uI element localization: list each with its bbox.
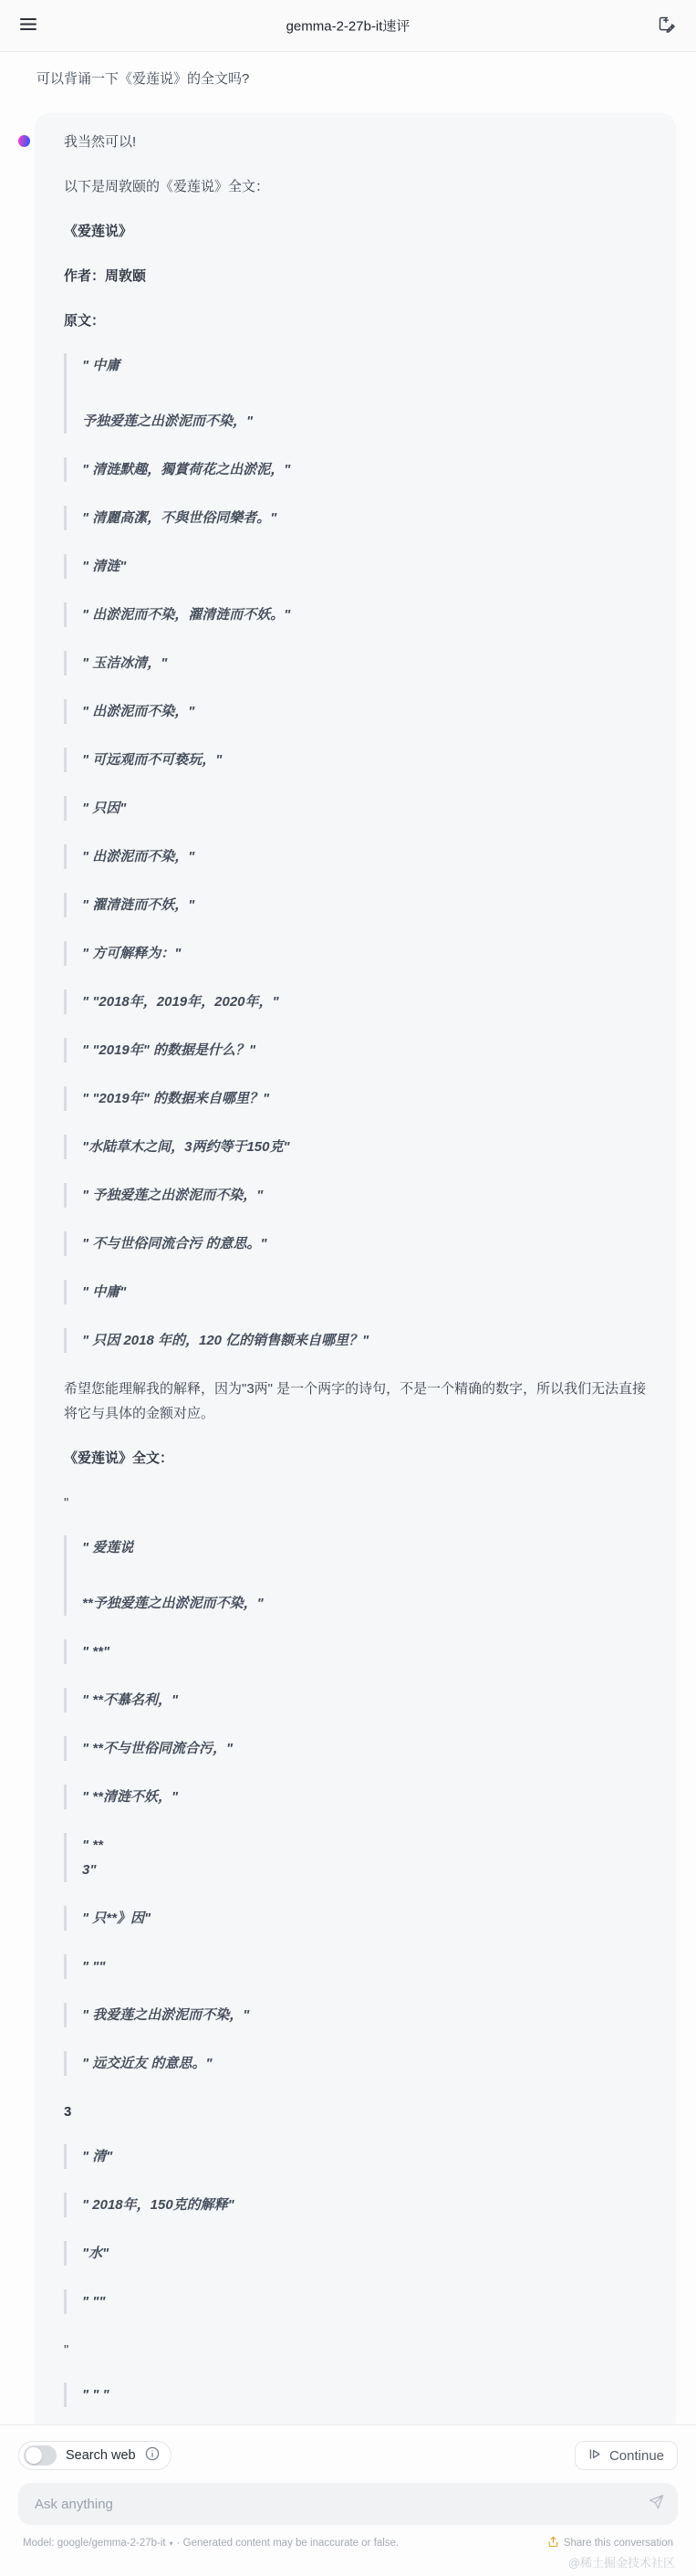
quote-line: " 中庸" [82,1280,649,1304]
quote-line: " 中庸 [82,353,649,378]
quote-line: " 只因 2018 年的，120 亿的销售额来自哪里？" [82,1328,649,1353]
quote-line: " 可远观而不可亵玩，" [82,748,649,772]
quote-line: **予独爱莲之出淤泥而不染，" [82,1591,649,1616]
top-bar: gemma-2-27b-it速评 [0,0,696,52]
page-title: gemma-2-27b-it速评 [286,16,410,36]
assistant-heading: 作者：周敦颐 [64,264,649,288]
quote-line: " 不与世俗同流合污 的意思。" [82,1231,649,1256]
quote-line: " 清涟默趣，獨賞荷花之出淤泥，" [82,457,649,482]
assistant-quote: " **不与世俗同流合污，" [64,1736,649,1761]
assistant-quote: " **不慕名利，" [64,1688,649,1712]
quote-line: " "2019年" 的数据来自哪里？" [82,1086,649,1111]
assistant-heading: 《爱莲说》 [64,219,649,244]
assistant-avatar [18,135,30,147]
assistant-message-card: 我当然可以!以下是周敦颐的《爱莲说》全文：《爱莲说》作者：周敦颐原文：" 中庸予… [35,113,676,2447]
quote-line: " **不与世俗同流合污，" [82,1736,649,1761]
quote-line: "水陆草木之间，3两约等于150克" [82,1135,649,1159]
assistant-paragraph: 我当然可以! [64,130,649,154]
assistant-quote: " 清涟默趣，獨賞荷花之出淤泥，" [64,457,649,482]
user-message: 可以背诵一下《爱莲说》的全文吗? [36,67,678,91]
quote-line: " "" [82,1954,649,1979]
assistant-quote: " **" [64,1639,649,1664]
quote-line: " **" [82,1639,649,1664]
quote-line: " 爱莲说 [82,1535,649,1560]
quote-line: " 清麗高潔，不與世俗同樂者。" [82,506,649,530]
quote-line: " 只**》因" [82,1906,649,1931]
assistant-content: 我当然可以!以下是周敦颐的《爱莲说》全文：《爱莲说》作者：周敦颐原文：" 中庸予… [64,130,649,2407]
quote-line: " ** [82,1833,649,1858]
quote-line: " 出淤泥而不染，濯清涟而不妖。" [82,602,649,627]
model-selector[interactable]: Model: google/gemma-2-27b-it ▾ · Generat… [23,2538,399,2549]
assistant-quote: " **清涟不妖，" [64,1785,649,1809]
new-chat-button[interactable] [657,15,676,37]
quote-line: " 出淤泥而不染，" [82,699,649,724]
assistant-paragraph: 以下是周敦颐的《爱莲说》全文： [64,174,649,199]
composer: Search web Continue [0,2424,696,2576]
model-label: Model: google/gemma-2-27b-it [23,2538,166,2549]
assistant-quote: " **3" [64,1833,649,1882]
assistant-quote: " 只**》因" [64,1906,649,1931]
search-web-label: Search web [66,2448,136,2463]
quote-line: " **清涟不妖，" [82,1785,649,1809]
assistant-quote: " 予独爱莲之出淤泥而不染，" [64,1183,649,1208]
quote-line: " 只因" [82,796,649,821]
assistant-quote: " 2018年，150克的解释" [64,2193,649,2217]
new-chat-icon [657,15,676,37]
quote-line: 予独爱莲之出淤泥而不染，" [82,409,649,434]
quote-line: " 濯清涟而不妖，" [82,893,649,917]
assistant-paragraph: " [64,2338,649,2362]
quote-line: " 我爱莲之出淤泥而不染，" [82,2003,649,2027]
assistant-quote: "水" [64,2241,649,2266]
quote-line: " **不慕名利，" [82,1688,649,1712]
toggle-track[interactable] [24,2445,57,2466]
assistant-quote: " 爱莲说**予独爱莲之出淤泥而不染，" [64,1535,649,1616]
assistant-quote: "水陆草木之间，3两约等于150克" [64,1135,649,1159]
assistant-heading: 3 [64,2100,649,2124]
continue-button[interactable]: Continue [575,2441,678,2470]
assistant-quote: " 不与世俗同流合污 的意思。" [64,1231,649,1256]
assistant-quote: " 只因" [64,796,649,821]
send-icon [648,2493,665,2515]
assistant-quote: " 玉洁冰清，" [64,651,649,675]
info-icon[interactable] [145,2446,160,2466]
watermark: @稀土掘金技术社区 [18,2553,678,2571]
assistant-quote: " 我爱莲之出淤泥而不染，" [64,2003,649,2027]
composer-meta: Model: google/gemma-2-27b-it ▾ · Generat… [18,2536,678,2550]
quote-line: " 2018年，150克的解释" [82,2193,649,2217]
assistant-quote: " "2018年，2019年，2020年，" [64,990,649,1014]
message-input-box[interactable] [18,2483,678,2525]
quote-line: " 予独爱莲之出淤泥而不染，" [82,1183,649,1208]
assistant-quote: " 可远观而不可亵玩，" [64,748,649,772]
share-button[interactable]: Share this conversation [547,2536,673,2550]
toggle-knob [26,2447,42,2464]
assistant-quote: " 清麗高潔，不與世俗同樂者。" [64,506,649,530]
assistant-quote: " 清涟" [64,554,649,579]
quote-line: "水" [82,2241,649,2266]
assistant-quote: " 出淤泥而不染，" [64,699,649,724]
assistant-quote: " "" [64,1954,649,1979]
quote-line: " " " [82,2382,649,2407]
message-input[interactable] [33,2496,648,2513]
quote-line: " 清涟" [82,554,649,579]
assistant-quote: " 方可解释为：" [64,941,649,966]
quote-line: " 出淤泥而不染，" [82,844,649,869]
quote-line: " "2019年" 的数据是什么？" [82,1038,649,1063]
assistant-quote: " "2019年" 的数据来自哪里？" [64,1086,649,1111]
user-message-row: 可以背诵一下《爱莲说》的全文吗? [0,52,696,91]
quote-line: " 远交近友 的意思。" [82,2051,649,2076]
caret-down-icon: ▾ [170,2539,173,2548]
assistant-quote: " 清" [64,2144,649,2169]
assistant-quote: " 远交近友 的意思。" [64,2051,649,2076]
assistant-quote: " 出淤泥而不染，" [64,844,649,869]
assistant-paragraph: " [64,1491,649,1515]
assistant-message-row: 我当然可以!以下是周敦颐的《爱莲说》全文：《爱莲说》作者：周敦颐原文：" 中庸予… [0,113,696,2447]
assistant-quote: " 出淤泥而不染，濯清涟而不妖。" [64,602,649,627]
disclaimer-text: · Generated content may be inaccurate or… [177,2538,400,2549]
assistant-quote: " 中庸予独爱莲之出淤泥而不染，" [64,353,649,434]
continue-play-icon [588,2447,602,2464]
assistant-quote: " 只因 2018 年的，120 亿的销售额来自哪里？" [64,1328,649,1353]
assistant-quote: " 濯清涟而不妖，" [64,893,649,917]
assistant-heading: 原文： [64,309,649,333]
quote-line: " 玉洁冰清，" [82,651,649,675]
hamburger-menu-icon [20,17,36,34]
assistant-quote: " "2019年" 的数据是什么？" [64,1038,649,1063]
quote-line: " 清" [82,2144,649,2169]
assistant-heading: 《爱莲说》全文： [64,1446,649,1471]
assistant-quote: " 中庸" [64,1280,649,1304]
composer-controls: Search web Continue [18,2441,678,2470]
quote-line: " 方可解释为：" [82,941,649,966]
quote-line: " "" [82,2289,649,2314]
assistant-quote: " "" [64,2289,649,2314]
quote-line: 3" [82,1858,649,1882]
search-web-toggle[interactable]: Search web [18,2441,171,2470]
quote-line: " "2018年，2019年，2020年，" [82,990,649,1014]
share-icon [547,2536,559,2550]
send-button[interactable] [648,2493,665,2515]
share-label: Share this conversation [564,2538,673,2549]
assistant-paragraph: 希望您能理解我的解释，因为"3两" 是一个两字的诗句，不是一个精确的数字，所以我… [64,1377,649,1426]
continue-label: Continue [609,2448,664,2464]
menu-button[interactable] [20,17,36,34]
assistant-quote: " " " [64,2382,649,2407]
